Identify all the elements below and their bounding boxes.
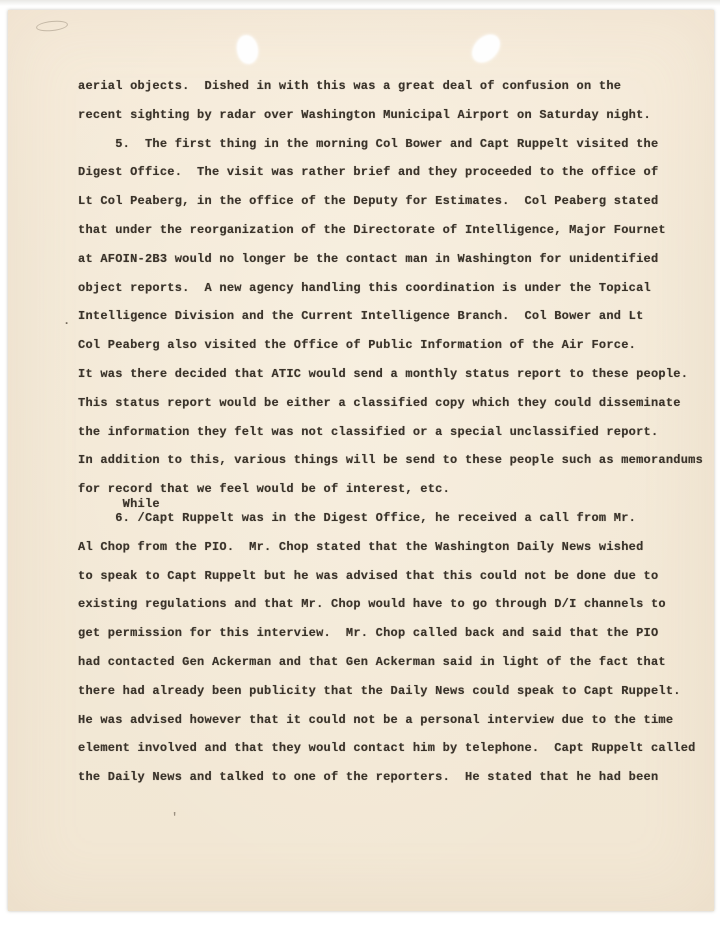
text-line: that under the reorganization of the Dir… (78, 216, 703, 245)
hole-punch-left (235, 34, 260, 66)
document-scan: . ' aerial objects. Dished in with this … (0, 0, 720, 932)
text-line: 5. The first thing in the morning Col Bo… (78, 130, 703, 159)
text-line: In addition to this, various things will… (78, 446, 703, 475)
text-line: Lt Col Peaberg, in the office of the Dep… (78, 187, 703, 216)
text-block: aerial objects. Dished in with this was … (78, 72, 703, 792)
hole-punch-right (466, 30, 505, 68)
stray-ink-dot: . (63, 315, 70, 327)
text-line: there had already been publicity that th… (78, 677, 703, 706)
text-line: He was advised however that it could not… (78, 706, 703, 735)
text-line: Digest Office. The visit was rather brie… (78, 158, 703, 187)
text-line: get permission for this interview. Mr. C… (78, 619, 703, 648)
text-line: This status report would be either a cla… (78, 389, 703, 418)
stray-pencil-mark (36, 19, 69, 32)
text-line: to speak to Capt Ruppelt but he was advi… (78, 562, 703, 591)
text-line: aerial objects. Dished in with this was … (78, 72, 703, 101)
text-line: recent sighting by radar over Washington… (78, 101, 703, 130)
text-line: the information they felt was not classi… (78, 418, 703, 447)
text-line: element involved and that they would con… (78, 734, 703, 763)
paper-page: . ' aerial objects. Dished in with this … (8, 10, 714, 911)
text-line: at AFOIN-2B3 would no longer be the cont… (78, 245, 703, 274)
text-line: Al Chop from the PIO. Mr. Chop stated th… (78, 533, 703, 562)
text-line: Intelligence Division and the Current In… (78, 302, 703, 331)
text-line: the Daily News and talked to one of the … (78, 763, 703, 792)
text-line: 6. /Capt Ruppelt was in the Digest Offic… (78, 504, 703, 533)
text-line: existing regulations and that Mr. Chop w… (78, 590, 703, 619)
text-line: for record that we feel would be of inte… (78, 475, 703, 504)
stray-ink-tick: ' (171, 812, 178, 824)
text-line: Col Peaberg also visited the Office of P… (78, 331, 703, 360)
text-line: object reports. A new agency handling th… (78, 274, 703, 303)
text-line: had contacted Gen Ackerman and that Gen … (78, 648, 703, 677)
text-line: It was there decided that ATIC would sen… (78, 360, 703, 389)
